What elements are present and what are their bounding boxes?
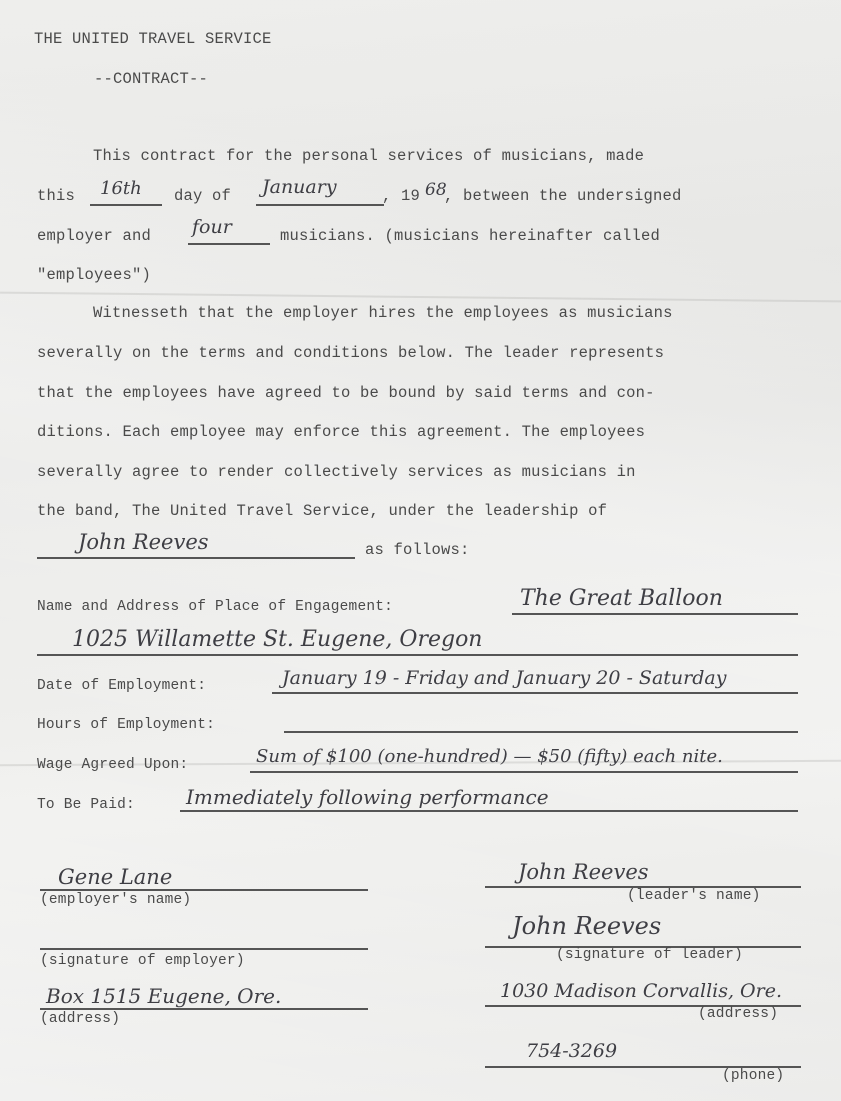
document-subtitle: --CONTRACT-- — [94, 70, 208, 88]
intro-line-4: "employees") — [37, 266, 151, 284]
place-name-field[interactable]: The Great Balloon — [520, 586, 723, 611]
employer-name-field[interactable]: Gene Lane — [58, 865, 172, 889]
wage-label: Wage Agreed Upon: — [37, 757, 188, 773]
hours-label: Hours of Employment: — [37, 717, 215, 733]
body-line: Witnesseth that the employer hires the e… — [93, 304, 673, 322]
leadership-field[interactable]: John Reeves — [78, 530, 209, 554]
body-line: ditions. Each employee may enforce this … — [37, 423, 645, 441]
date-field[interactable]: January 19 - Friday and January 20 - Sat… — [282, 667, 726, 689]
leader-phone-field[interactable]: 754-3269 — [526, 1040, 617, 1062]
leader-signature-field[interactable]: John Reeves — [512, 912, 661, 940]
employer-name-line — [40, 889, 368, 891]
intro-day-of: day of — [174, 187, 231, 205]
leader-name-caption: (leader's name) — [627, 888, 761, 904]
wage-field-line — [250, 771, 798, 773]
employer-address-line — [40, 1008, 368, 1010]
intro-musicians-rest: musicians. (musicians hereinafter called — [280, 227, 660, 245]
paid-field-line — [180, 810, 798, 812]
hours-field-line — [284, 731, 798, 733]
intro-line-1: This contract for the personal services … — [93, 147, 644, 165]
intro-year-prefix: , 19 — [382, 187, 420, 205]
leader-field-line — [37, 557, 355, 559]
wage-field[interactable]: Sum of $100 (one-hundred) — $50 (fifty) … — [256, 746, 723, 767]
place-label: Name and Address of Place of Engagement: — [37, 599, 393, 615]
intro-between: , between the undersigned — [444, 187, 682, 205]
employer-signature-line — [40, 948, 368, 950]
leader-address-caption: (address) — [698, 1006, 778, 1022]
day-field-line — [90, 204, 162, 206]
intro-this: this — [37, 187, 75, 205]
month-field[interactable]: January — [262, 176, 337, 198]
musician-count-field[interactable]: four — [192, 216, 232, 238]
body-line: the band, The United Travel Service, und… — [37, 502, 607, 520]
day-field[interactable]: 16th — [100, 178, 142, 199]
date-label: Date of Employment: — [37, 678, 206, 694]
employer-name-caption: (employer's name) — [40, 892, 191, 908]
body-line: severally on the terms and conditions be… — [37, 344, 664, 362]
intro-employer-and: employer and — [37, 227, 151, 245]
count-field-line — [188, 243, 270, 245]
leader-name-field[interactable]: John Reeves — [518, 860, 649, 884]
document-title: THE UNITED TRAVEL SERVICE — [34, 30, 272, 48]
employer-address-field[interactable]: Box 1515 Eugene, Ore. — [46, 984, 281, 1008]
paid-field[interactable]: Immediately following performance — [186, 785, 549, 809]
paid-label: To Be Paid: — [37, 797, 135, 813]
body-line: that the employees have agreed to be bou… — [37, 384, 655, 402]
place-address-line — [37, 654, 798, 656]
month-field-line — [256, 204, 384, 206]
employer-signature-caption: (signature of employer) — [40, 953, 245, 969]
leader-signature-caption: (signature of leader) — [556, 947, 743, 963]
as-follows: as follows: — [365, 541, 470, 559]
leader-phone-caption: (phone) — [722, 1068, 784, 1084]
place-address-field[interactable]: 1025 Willamette St. Eugene, Oregon — [72, 627, 482, 652]
place-field-line — [512, 613, 798, 615]
leader-address-field[interactable]: 1030 Madison Corvallis, Ore. — [500, 980, 782, 1002]
employer-address-caption: (address) — [40, 1011, 120, 1027]
body-line: severally agree to render collectively s… — [37, 463, 636, 481]
date-field-line — [272, 692, 798, 694]
